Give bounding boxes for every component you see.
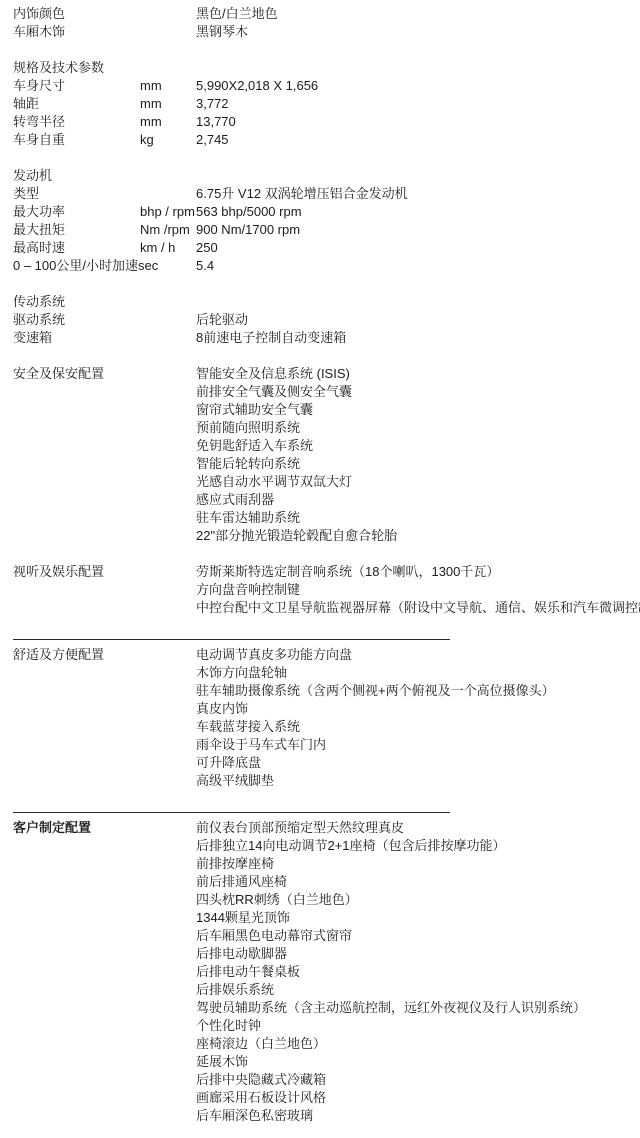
- spec-label: 0 – 100公里/小时加速sec: [13, 257, 140, 275]
- section-divider: [13, 639, 450, 640]
- spec-label: 最高时速: [13, 239, 140, 257]
- feature-item: 延展木饰: [196, 1053, 634, 1071]
- spec-row: 最高时速km / h250: [13, 239, 634, 257]
- feature-item: 中控台配中文卫星导航监视器屏幕（附设中文导航、通信、娱乐和汽车微调控制）: [196, 599, 640, 617]
- spec-label: 车身自重: [13, 131, 140, 149]
- section-title: 客户制定配置: [13, 819, 196, 837]
- spec-value: 900 Nm/1700 rpm: [196, 222, 300, 237]
- spec-value: 5,990X2,018 X 1,656: [196, 78, 318, 93]
- feature-item: 1344颗星光顶饰: [196, 909, 634, 927]
- feature-item: 方向盘音响控制键: [196, 581, 640, 599]
- spec-label: 内饰颜色: [13, 5, 140, 23]
- feature-item: 后排电动歇脚器: [196, 945, 634, 963]
- section-divider: [13, 812, 450, 813]
- section-title: 安全及保安配置: [13, 365, 196, 383]
- spec-value: 8前速电子控制自动变速箱: [196, 330, 346, 345]
- section-title: 舒适及方便配置: [13, 646, 196, 664]
- feature-item: 前仪表台顶部预缩定型天然纹理真皮: [196, 819, 634, 837]
- section-interior: 内饰颜色黑色/白兰地色车厢木饰黑钢琴木: [13, 5, 634, 41]
- feature-item: 预前随向照明系统: [196, 419, 634, 437]
- spec-unit: km / h: [140, 239, 196, 257]
- feature-item: 木饰方向盘轮轴: [196, 664, 634, 682]
- spec-row: 车厢木饰黑钢琴木: [13, 23, 634, 41]
- spec-value: 黑色/白兰地色: [196, 6, 278, 21]
- spec-row: 最大功率bhp / rpm563 bhp/5000 rpm: [13, 203, 634, 221]
- feature-list: 劳斯莱斯特选定制音响系统（18个喇叭，1300千瓦）方向盘音响控制键中控台配中文…: [196, 563, 640, 617]
- spec-value: 3,772: [196, 96, 229, 111]
- feature-item: 22"部分抛光锻造轮毂配自愈合轮胎: [196, 527, 634, 545]
- feature-item: 驾驶员辅助系统（含主动巡航控制，远红外夜视仪及行人识别系统）: [196, 999, 634, 1017]
- feature-item: 前排安全气囊及侧安全气囊: [196, 383, 634, 401]
- spec-label: 车身尺寸: [13, 77, 140, 95]
- spec-row: 内饰颜色黑色/白兰地色: [13, 5, 634, 23]
- spec-label: 轴距: [13, 95, 140, 113]
- section-engine: 发动机类型6.75升 V12 双涡轮增压铝合金发动机最大功率bhp / rpm5…: [13, 167, 634, 275]
- spec-row: 车身尺寸mm5,990X2,018 X 1,656: [13, 77, 634, 95]
- feature-item: 座椅滚边（白兰地色）: [196, 1035, 634, 1053]
- spec-label: 最大扭矩: [13, 221, 140, 239]
- feature-item: 窗帘式辅助安全气囊: [196, 401, 634, 419]
- feature-item: 前排按摩座椅: [196, 855, 634, 873]
- feature-item: 劳斯莱斯特选定制音响系统（18个喇叭，1300千瓦）: [196, 563, 640, 581]
- feature-list: 前仪表台顶部预缩定型天然纹理真皮后排独立14向电动调节2+1座椅（包含后排按摩功…: [196, 819, 634, 1125]
- spec-label: 车厢木饰: [13, 23, 140, 41]
- feature-item: 驻车雷达辅助系统: [196, 509, 634, 527]
- spec-value: 2,745: [196, 132, 229, 147]
- feature-item: 可升降底盘: [196, 754, 634, 772]
- feature-item: 个性化时钟: [196, 1017, 634, 1035]
- spec-value: 563 bhp/5000 rpm: [196, 204, 302, 219]
- feature-item: 感应式雨刮器: [196, 491, 634, 509]
- spec-row: 转弯半径mm13,770: [13, 113, 634, 131]
- spec-unit: mm: [140, 77, 196, 95]
- spec-row: 0 – 100公里/小时加速sec5.4: [13, 257, 634, 275]
- feature-item: 后排独立14向电动调节2+1座椅（包含后排按摩功能）: [196, 837, 634, 855]
- feature-item: 后车厢深色私密玻璃: [196, 1107, 634, 1125]
- feature-item: 电动调节真皮多功能方向盘: [196, 646, 634, 664]
- section-title: 传动系统: [13, 293, 634, 311]
- spec-unit: bhp / rpm: [140, 203, 196, 221]
- feature-item: 后排中央隐藏式冷藏箱: [196, 1071, 634, 1089]
- section-specs: 规格及技术参数车身尺寸mm5,990X2,018 X 1,656轴距mm3,77…: [13, 59, 634, 149]
- spec-value: 后轮驱动: [196, 312, 248, 327]
- spec-row: 轴距mm3,772: [13, 95, 634, 113]
- feature-item: 真皮内饰: [196, 700, 634, 718]
- feature-list: 电动调节真皮多功能方向盘木饰方向盘轮轴驻车辅助摄像系统（含两个侧视+两个俯视及一…: [196, 646, 634, 790]
- spec-row: 最大扭矩Nm /rpm900 Nm/1700 rpm: [13, 221, 634, 239]
- spec-label: 转弯半径: [13, 113, 140, 131]
- spec-label: 类型: [13, 185, 140, 203]
- spec-sheet-content: 内饰颜色黑色/白兰地色车厢木饰黑钢琴木规格及技术参数车身尺寸mm5,990X2,…: [13, 5, 634, 1125]
- feature-item: 前后排通风座椅: [196, 873, 634, 891]
- spec-unit: mm: [140, 113, 196, 131]
- feature-item: 雨伞设于马车式车门内: [196, 736, 634, 754]
- spec-value: 黑钢琴木: [196, 24, 248, 39]
- section-comfort: 舒适及方便配置电动调节真皮多功能方向盘木饰方向盘轮轴驻车辅助摄像系统（含两个侧视…: [13, 646, 634, 790]
- spec-row: 变速箱8前速电子控制自动变速箱: [13, 329, 634, 347]
- spec-unit: kg: [140, 131, 196, 149]
- feature-item: 后车厢黑色电动幕帘式窗帘: [196, 927, 634, 945]
- spec-label: 最大功率: [13, 203, 140, 221]
- feature-item: 智能安全及信息系统 (ISIS): [196, 365, 634, 383]
- feature-item: 画廊采用石板设计风格: [196, 1089, 634, 1107]
- section-drivetrain: 传动系统驱动系统后轮驱动变速箱8前速电子控制自动变速箱: [13, 293, 634, 347]
- section-title: 规格及技术参数: [13, 59, 634, 77]
- spec-row: 驱动系统后轮驱动: [13, 311, 634, 329]
- spec-unit: mm: [140, 95, 196, 113]
- spec-row: 车身自重kg2,745: [13, 131, 634, 149]
- section-av-entertainment: 视听及娱乐配置劳斯莱斯特选定制音响系统（18个喇叭，1300千瓦）方向盘音响控制…: [13, 563, 634, 617]
- feature-item: 智能后轮转向系统: [196, 455, 634, 473]
- spec-label: 驱动系统: [13, 311, 140, 329]
- feature-item: 四头枕RR刺绣（白兰地色）: [196, 891, 634, 909]
- feature-item: 高级平绒脚垫: [196, 772, 634, 790]
- section-title: 发动机: [13, 167, 634, 185]
- feature-item: 驻车辅助摄像系统（含两个侧视+两个俯视及一个高位摄像头）: [196, 682, 634, 700]
- spec-value: 13,770: [196, 114, 236, 129]
- feature-item: 后排娱乐系统: [196, 981, 634, 999]
- spec-row: 类型6.75升 V12 双涡轮增压铝合金发动机: [13, 185, 634, 203]
- feature-item: 免钥匙舒适入车系统: [196, 437, 634, 455]
- section-safety: 安全及保安配置智能安全及信息系统 (ISIS)前排安全气囊及侧安全气囊窗帘式辅助…: [13, 365, 634, 545]
- section-bespoke: 客户制定配置前仪表台顶部预缩定型天然纹理真皮后排独立14向电动调节2+1座椅（包…: [13, 819, 634, 1125]
- feature-item: 后排电动午餐桌板: [196, 963, 634, 981]
- spec-value: 250: [196, 240, 218, 255]
- feature-item: 光感自动水平调节双氙大灯: [196, 473, 634, 491]
- feature-item: 车载蓝芽接入系统: [196, 718, 634, 736]
- spec-label: 变速箱: [13, 329, 140, 347]
- spec-value: 5.4: [196, 258, 214, 273]
- spec-sheet-page: 内饰颜色黑色/白兰地色车厢木饰黑钢琴木规格及技术参数车身尺寸mm5,990X2,…: [0, 0, 640, 1138]
- spec-unit: Nm /rpm: [140, 221, 196, 239]
- feature-list: 智能安全及信息系统 (ISIS)前排安全气囊及侧安全气囊窗帘式辅助安全气囊预前随…: [196, 365, 634, 545]
- section-title: 视听及娱乐配置: [13, 563, 196, 581]
- spec-value: 6.75升 V12 双涡轮增压铝合金发动机: [196, 186, 408, 201]
